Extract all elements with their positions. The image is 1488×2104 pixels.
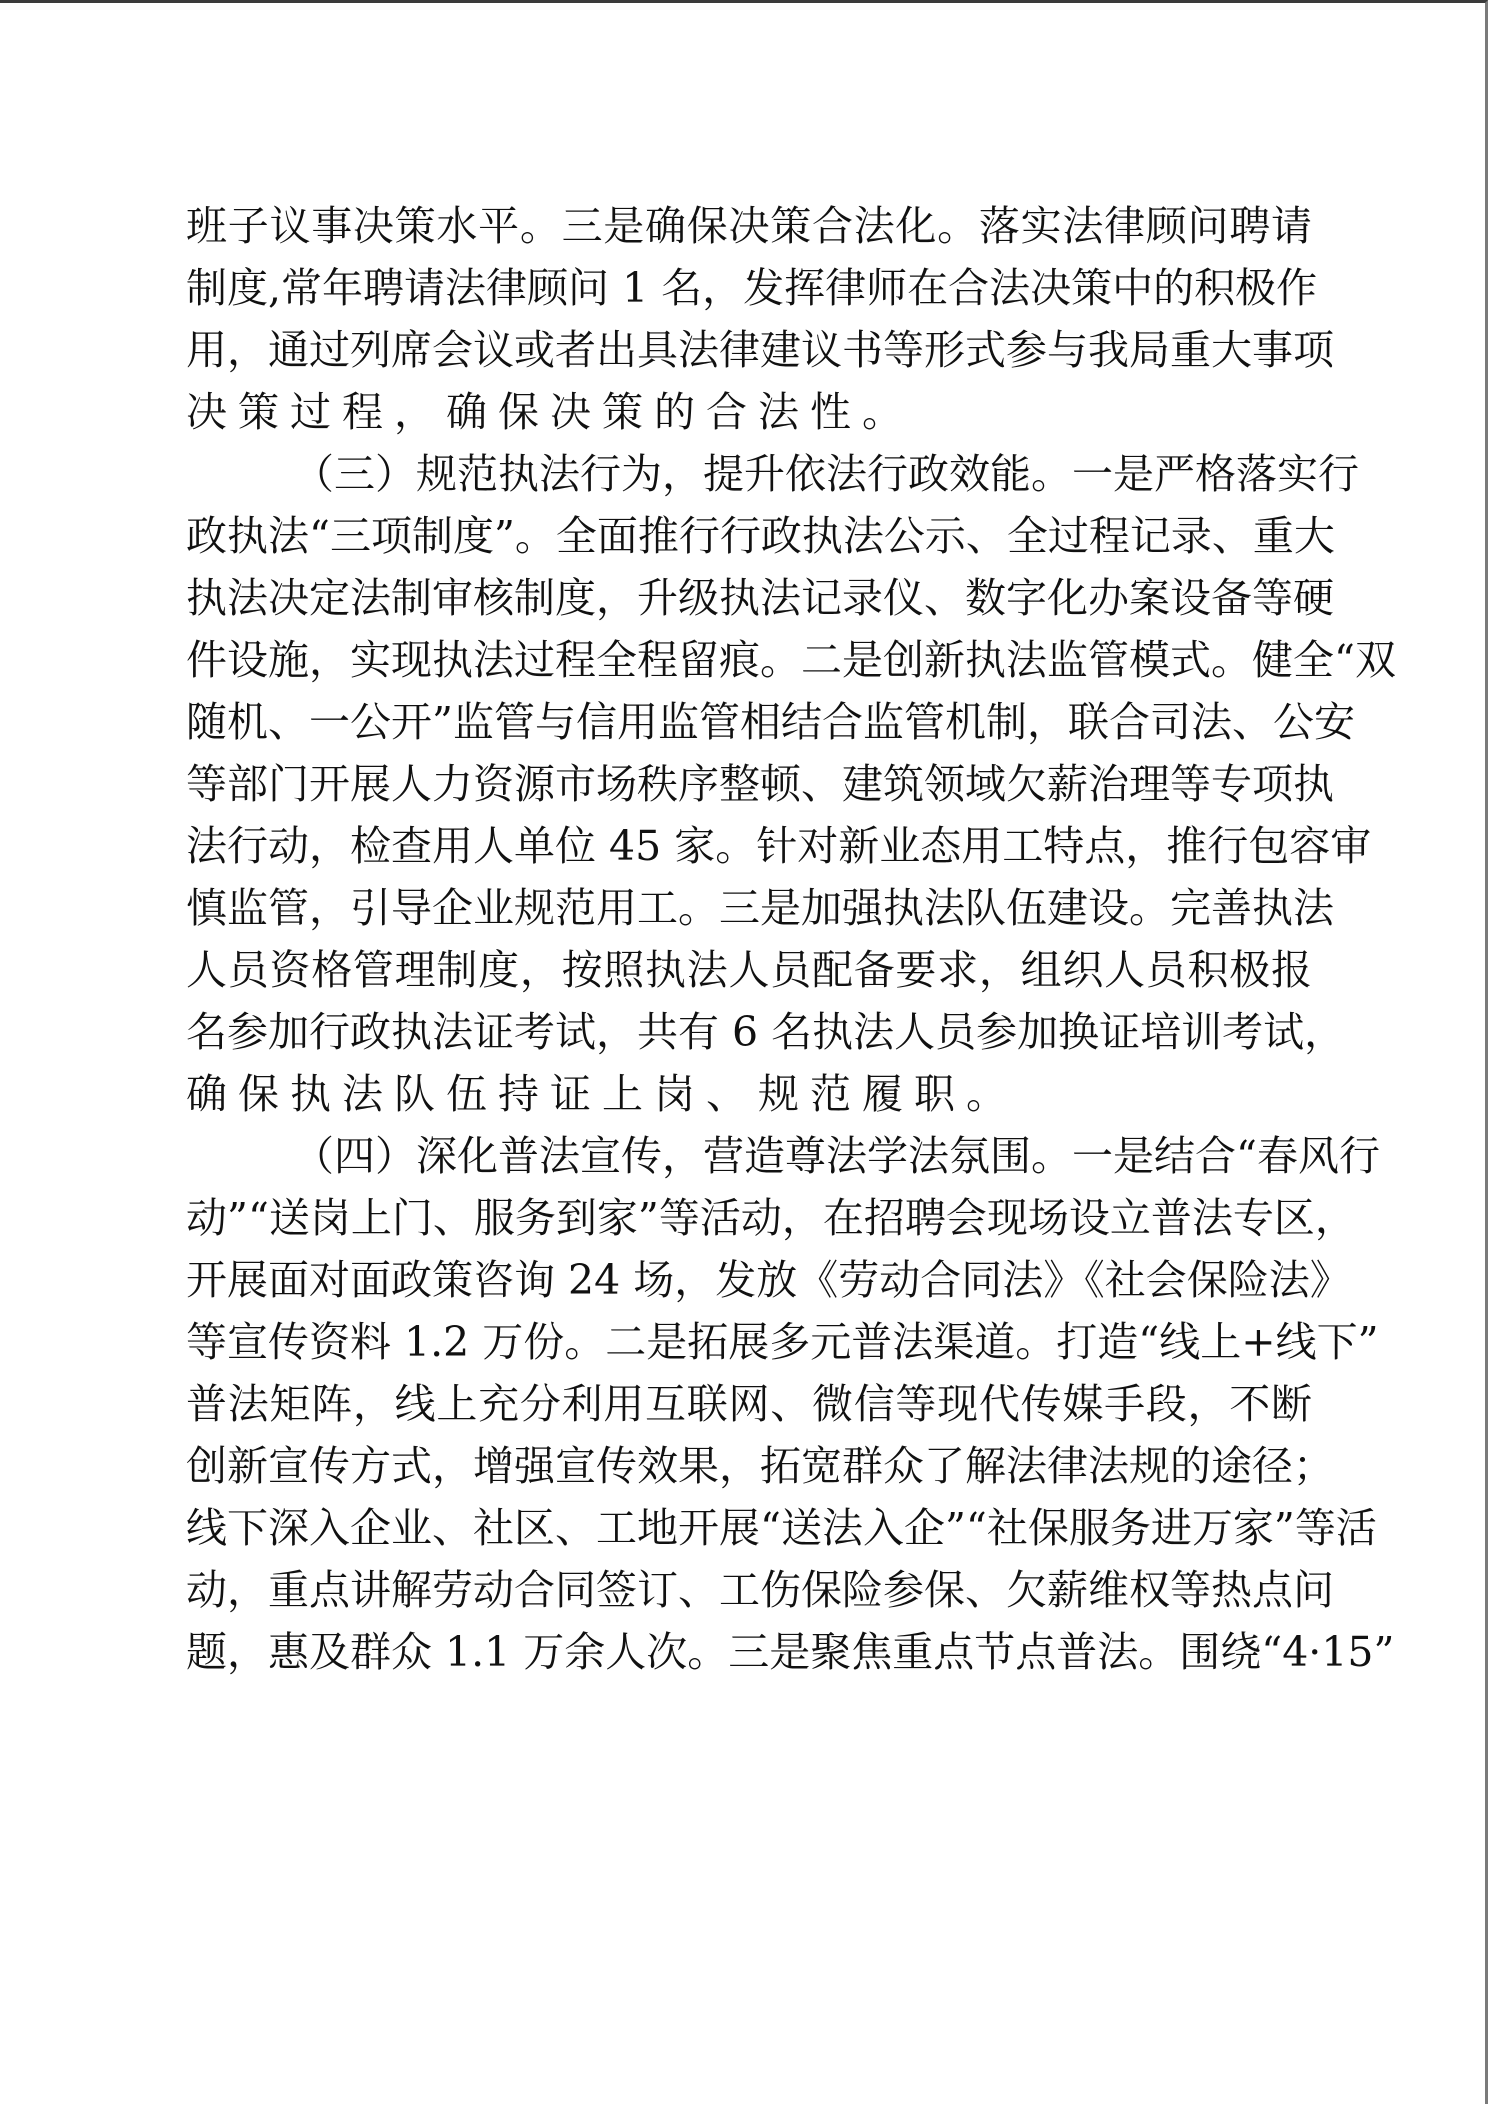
document-body: 班子议事决策水平。三是确保决策合法化。落实法律顾问聘请 制度,常年聘请法律顾问 … bbox=[186, 195, 1312, 1683]
text-line: 制度,常年聘请法律顾问 1 名，发挥律师在合法决策中的积极作 bbox=[186, 257, 1312, 319]
text-line: 人员资格管理制度，按照执法人员配备要求，组织人员积极报 bbox=[186, 939, 1312, 1001]
text-line: 班子议事决策水平。三是确保决策合法化。落实法律顾问聘请 bbox=[186, 195, 1312, 257]
text-line: 执法决定法制审核制度，升级执法记录仪、数字化办案设备等硬 bbox=[186, 567, 1312, 629]
text-line: 等宣传资料 1.2 万份。二是拓展多元普法渠道。打造“线上+线下” bbox=[186, 1311, 1312, 1373]
section-heading-line: （四）深化普法宣传，营造尊法学法氛围。一是结合“春风行 bbox=[186, 1125, 1312, 1187]
text-line: 创新宣传方式，增强宣传效果，拓宽群众了解法律法规的途径； bbox=[186, 1435, 1312, 1497]
text-line: 开展面对面政策咨询 24 场，发放《劳动合同法》《社会保险法》 bbox=[186, 1249, 1312, 1311]
text-line: 法行动，检查用人单位 45 家。针对新业态用工特点，推行包容审 bbox=[186, 815, 1312, 877]
text-line: 等部门开展人力资源市场秩序整顿、建筑领域欠薪治理等专项执 bbox=[186, 753, 1312, 815]
text-line: 政执法“三项制度”。全面推行行政执法公示、全过程记录、重大 bbox=[186, 505, 1312, 567]
paragraph-section-3: （三）规范执法行为，提升依法行政效能。一是严格落实行 政执法“三项制度”。全面推… bbox=[186, 443, 1312, 1125]
text-line: 慎监管，引导企业规范用工。三是加强执法队伍建设。完善执法 bbox=[186, 877, 1312, 939]
text-line: 线下深入企业、社区、工地开展“送法入企”“社保服务进万家”等活 bbox=[186, 1497, 1312, 1559]
text-line: 动”“送岗上门、服务到家”等活动，在招聘会现场设立普法专区， bbox=[186, 1187, 1312, 1249]
text-line: 题，惠及群众 1.1 万余人次。三是聚焦重点节点普法。围绕“4·15” bbox=[186, 1621, 1312, 1683]
text-line: 确保执法队伍持证上岗、规范履职。 bbox=[186, 1063, 1312, 1125]
text-line: 用，通过列席会议或者出具法律建议书等形式参与我局重大事项 bbox=[186, 319, 1312, 381]
text-line: 普法矩阵，线上充分利用互联网、微信等现代传媒手段，不断 bbox=[186, 1373, 1312, 1435]
paragraph-section-4: （四）深化普法宣传，营造尊法学法氛围。一是结合“春风行 动”“送岗上门、服务到家… bbox=[186, 1125, 1312, 1683]
document-page: 班子议事决策水平。三是确保决策合法化。落实法律顾问聘请 制度,常年聘请法律顾问 … bbox=[0, 0, 1488, 2104]
text-line: 动，重点讲解劳动合同签订、工伤保险参保、欠薪维权等热点问 bbox=[186, 1559, 1312, 1621]
text-line: 名参加行政执法证考试，共有 6 名执法人员参加换证培训考试， bbox=[186, 1001, 1312, 1063]
text-line: 件设施，实现执法过程全程留痕。二是创新执法监管模式。健全“双 bbox=[186, 629, 1312, 691]
text-line: 随机、一公开”监管与信用监管相结合监管机制，联合司法、公安 bbox=[186, 691, 1312, 753]
section-heading-line: （三）规范执法行为，提升依法行政效能。一是严格落实行 bbox=[186, 443, 1312, 505]
text-line: 决策过程，确保决策的合法性。 bbox=[186, 381, 1312, 443]
paragraph-continuation: 班子议事决策水平。三是确保决策合法化。落实法律顾问聘请 制度,常年聘请法律顾问 … bbox=[186, 195, 1312, 443]
